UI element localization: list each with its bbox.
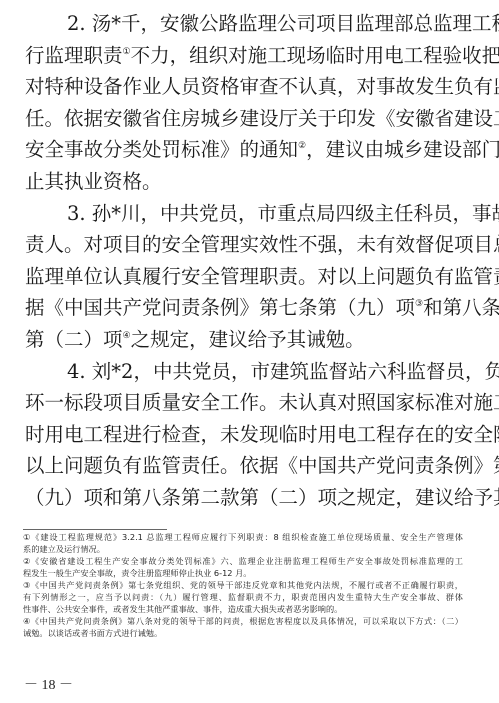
footnote-1-line-1: ①《建设工程监理规范》3.2.1 总监理工程师应履行下列职责：8 组织检查施工单… [23,531,463,543]
footnote-2-line-2: 程发生一般生产安全事故，责令注册监理师停止执业 6-12 月。 [23,567,463,579]
text: 不力，组织对施工现场临时用电工程验收把关不严， [131,44,499,67]
paragraph-4-line-4: 以上问题负有监管责任。依据《中国共产党问责条例》第七条第 [25,450,463,482]
paragraph-3-line-2: 责人。对项目的安全管理实效性不强，未有效督促项目总包单位、 [25,229,463,261]
paragraph-4-line-2: 环一标段项目质量安全工作。未认真对照国家标准对施工现场临 [25,387,463,419]
footnote-3-line-3: 性事件、公共安全事件，或者发生其他严重事故、事件，造成重大损失或者恶劣影响的。 [23,603,463,615]
footnote-ref-1[interactable]: ① [123,47,131,57]
footnote-1-line-2: 系的建立及运行情况。 [23,543,463,555]
footnote-3-line-1: ③《中国共产党问责条例》第七条党组织、党的领导干部违反党章和其他党内法规，不履行… [23,579,463,591]
paragraph-4-line-1: 4. 刘*2，中共党员，市建筑监督站六科监督员，负责畅通二 [25,356,463,388]
paragraph-2-line-4: 任。依据安徽省住房城乡建设厅关于印发《安徽省建设工程生产 [25,103,463,135]
text: 安全事故分类处罚标准》的通知 [25,138,298,161]
footnote-4-line-2: 诫勉。以谈话或者书面方式进行诫勉。 [23,627,463,639]
paragraph-4-line-5: （九）项和第八条第二款第（二）项之规定，建议给予其诫勉。 [25,482,463,514]
page-number: － 18 － [24,674,73,694]
text: 第（二）项 [25,328,123,351]
paragraph-2-line-6: 止其执业资格。 [25,166,463,198]
paragraph-2-line-5: 安全事故分类处罚标准》的通知②，建议由城乡建设部门依规停 [25,134,463,166]
paragraph-2-line-3: 对特种设备作业人员资格审查不认真，对事故发生负有监理责 [25,71,463,103]
footnote-3-line-2: 有下列情形之一，应当予以问责：（九）履行管理、监督职责不力，职责范围内发生重特大… [23,591,463,603]
footnote-ref-2[interactable]: ② [298,141,306,151]
paragraph-2-line-1: 2. 汤*千，安徽公路监理公司项目监理部总监理工程师。履 [25,8,463,40]
text: 之规定，建议给予其诫勉。 [131,328,365,351]
footnote-separator [23,529,167,530]
paragraph-3-line-5: 第（二）项④之规定，建议给予其诫勉。 [25,324,463,356]
paragraph-3-line-3: 监理单位认真履行安全管理职责。对以上问题负有监管责任。依 [25,261,463,293]
footnote-ref-4[interactable]: ④ [123,331,131,341]
paragraph-2-line-2: 行监理职责①不力，组织对施工现场临时用电工程验收把关不严， [25,40,463,72]
footnote-4-line-1: ④《中国共产党问责条例》第八条对党的领导干部的问责，根据危害程度以及具体情况，可… [23,615,463,627]
document-page: 2. 汤*千，安徽公路监理公司项目监理部总监理工程师。履 行监理职责①不力，组织… [0,0,499,703]
footnotes: ①《建设工程监理规范》3.2.1 总监理工程师应履行下列职责：8 组织检查施工单… [23,531,463,639]
text: 据《中国共产党问责条例》第七条第（九）项 [25,296,415,319]
footnote-2-line-1: ②《安徽省建设工程生产安全事故分类处罚标准》六、监理企业注册监理工程师生产安全事… [23,555,463,567]
body-text: 2. 汤*千，安徽公路监理公司项目监理部总监理工程师。履 行监理职责①不力，组织… [25,8,463,514]
text: ，建议由城乡建设部门依规停 [306,138,499,161]
paragraph-3-line-1: 3. 孙*川，中共党员，市重点局四级主任科员，事故项目负 [25,198,463,230]
paragraph-3-line-4: 据《中国共产党问责条例》第七条第（九）项③和第八条第二款 [25,292,463,324]
paragraph-4-line-3: 时用电工程进行检查，未发现临时用电工程存在的安全隐患。对 [25,419,463,451]
text: 和第八条第二款 [423,296,499,319]
text: 行监理职责 [25,44,123,67]
footnote-ref-3[interactable]: ③ [415,299,423,309]
